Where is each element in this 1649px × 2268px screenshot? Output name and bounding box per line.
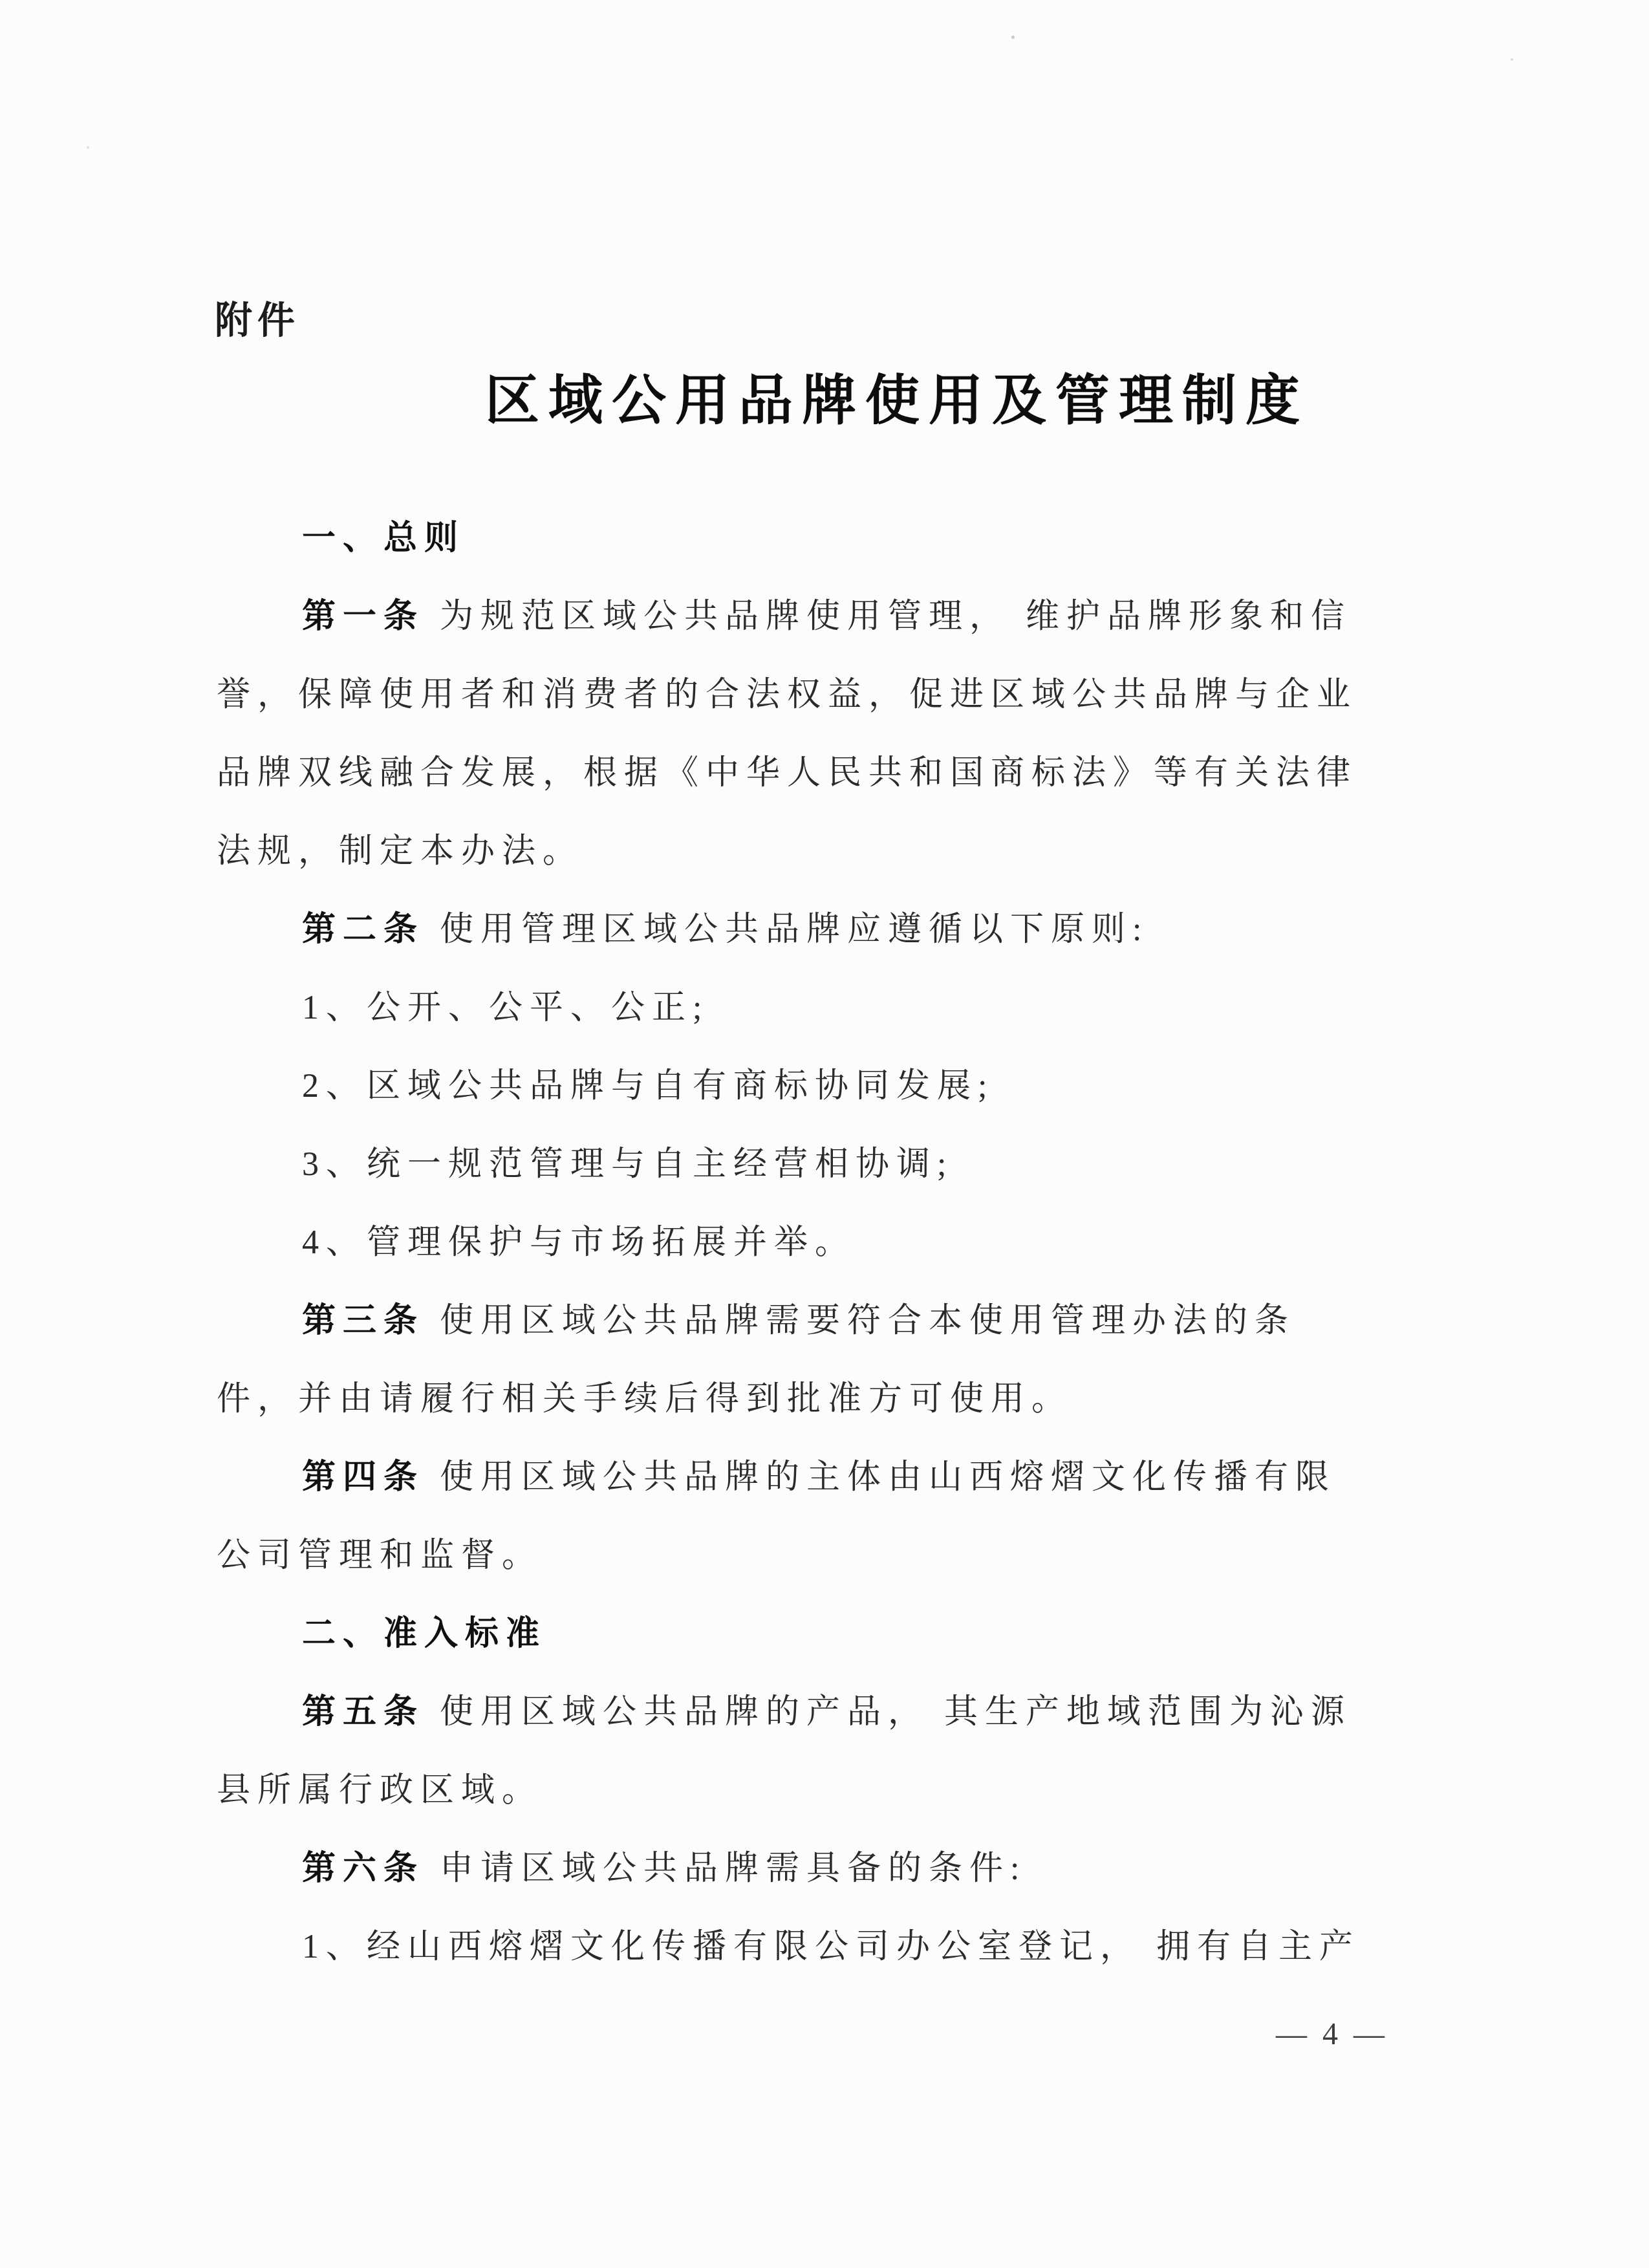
article-heading: 第六条 [302, 1850, 424, 1887]
article-heading: 第三条 [302, 1302, 424, 1339]
text-line: 3、统一规范管理与自主经营相协调; [217, 1125, 1419, 1204]
page-number: — 4 — [1258, 2016, 1406, 2052]
document-body: 一、总则 第一条 为规范区域公共品牌使用管理， 维护品牌形象和信 誉，保障使用者… [217, 499, 1419, 1986]
line-text: 2、区域公共品牌与自有商标协同发展; [302, 1068, 994, 1105]
article-heading: 第一条 [302, 598, 424, 635]
line-text: 使用区域公共品牌的产品， 其生产地域范围为沁源 [424, 1694, 1352, 1731]
article-heading: 第四条 [302, 1458, 424, 1496]
article-heading: 第五条 [302, 1693, 424, 1731]
text-line: 第一条 为规范区域公共品牌使用管理， 维护品牌形象和信 [217, 578, 1419, 656]
text-line: 公司管理和监督。 [217, 1517, 1419, 1595]
text-line: 誉，保障使用者和消费者的合法权益，促进区域公共品牌与企业 [217, 656, 1419, 734]
line-text: 使用区域公共品牌需要符合本使用管理办法的条 [424, 1302, 1295, 1339]
text-line: 第二条 使用管理区域公共品牌应遵循以下原则: [217, 891, 1419, 969]
line-text: 县所属行政区域。 [217, 1772, 543, 1809]
text-line: 4、管理保护与市场拓展并举。 [217, 1204, 1419, 1282]
article-heading: 二、准入标准 [302, 1615, 546, 1652]
attachment-label: 附件 [215, 290, 300, 344]
line-text: 3、统一规范管理与自主经营相协调; [302, 1146, 953, 1183]
article-heading: 第二条 [302, 911, 424, 948]
line-text: 法规，制定本办法。 [217, 833, 583, 870]
document-page: 附件 区域公用品牌使用及管理制度 一、总则 第一条 为规范区域公共品牌使用管理，… [0, 0, 1649, 2268]
text-line: 品牌双线融合发展，根据《中华人民共和国商标法》等有关法律 [217, 734, 1419, 812]
page-title: 区域公用品牌使用及管理制度 [485, 357, 1261, 435]
text-line: 第五条 使用区域公共品牌的产品， 其生产地域范围为沁源 [217, 1673, 1419, 1751]
text-line: 第四条 使用区域公共品牌的主体由山西熔熠文化传播有限 [217, 1438, 1419, 1517]
scan-speck [87, 146, 89, 149]
text-line: 1、公开、公平、公正; [217, 969, 1419, 1047]
scan-speck [1011, 36, 1015, 39]
article-heading: 一、总则 [302, 519, 465, 557]
scan-speck [1511, 58, 1513, 61]
line-text: 1、公开、公平、公正; [302, 989, 709, 1026]
line-text: 申请区域公共品牌需具备的条件: [424, 1850, 1026, 1887]
line-text: 使用区域公共品牌的主体由山西熔熠文化传播有限 [424, 1459, 1336, 1496]
text-line: 法规，制定本办法。 [217, 812, 1419, 891]
line-text: 公司管理和监督。 [217, 1537, 543, 1574]
line-text: 品牌双线融合发展，根据《中华人民共和国商标法》等有关法律 [217, 755, 1357, 792]
line-text: 4、管理保护与市场拓展并举。 [302, 1224, 856, 1261]
line-text: 1、经山西熔熠文化传播有限公司办公室登记， 拥有自主产 [302, 1928, 1360, 1965]
text-line: 1、经山西熔熠文化传播有限公司办公室登记， 拥有自主产 [217, 1908, 1419, 1986]
text-line: 2、区域公共品牌与自有商标协同发展; [217, 1047, 1419, 1125]
line-text: 使用管理区域公共品牌应遵循以下原则: [424, 911, 1148, 948]
line-text: 件，并由请履行相关手续后得到批准方可使用。 [217, 1381, 1072, 1418]
text-line: 第六条 申请区域公共品牌需具备的条件: [217, 1830, 1419, 1908]
text-line: 件，并由请履行相关手续后得到批准方可使用。 [217, 1360, 1419, 1438]
text-line: 第三条 使用区域公共品牌需要符合本使用管理办法的条 [217, 1282, 1419, 1360]
text-line: 一、总则 [217, 499, 1419, 578]
text-line: 县所属行政区域。 [217, 1751, 1419, 1830]
text-line: 二、准入标准 [217, 1595, 1419, 1673]
line-text: 为规范区域公共品牌使用管理， 维护品牌形象和信 [424, 598, 1352, 635]
line-text: 誉，保障使用者和消费者的合法权益，促进区域公共品牌与企业 [217, 676, 1357, 713]
